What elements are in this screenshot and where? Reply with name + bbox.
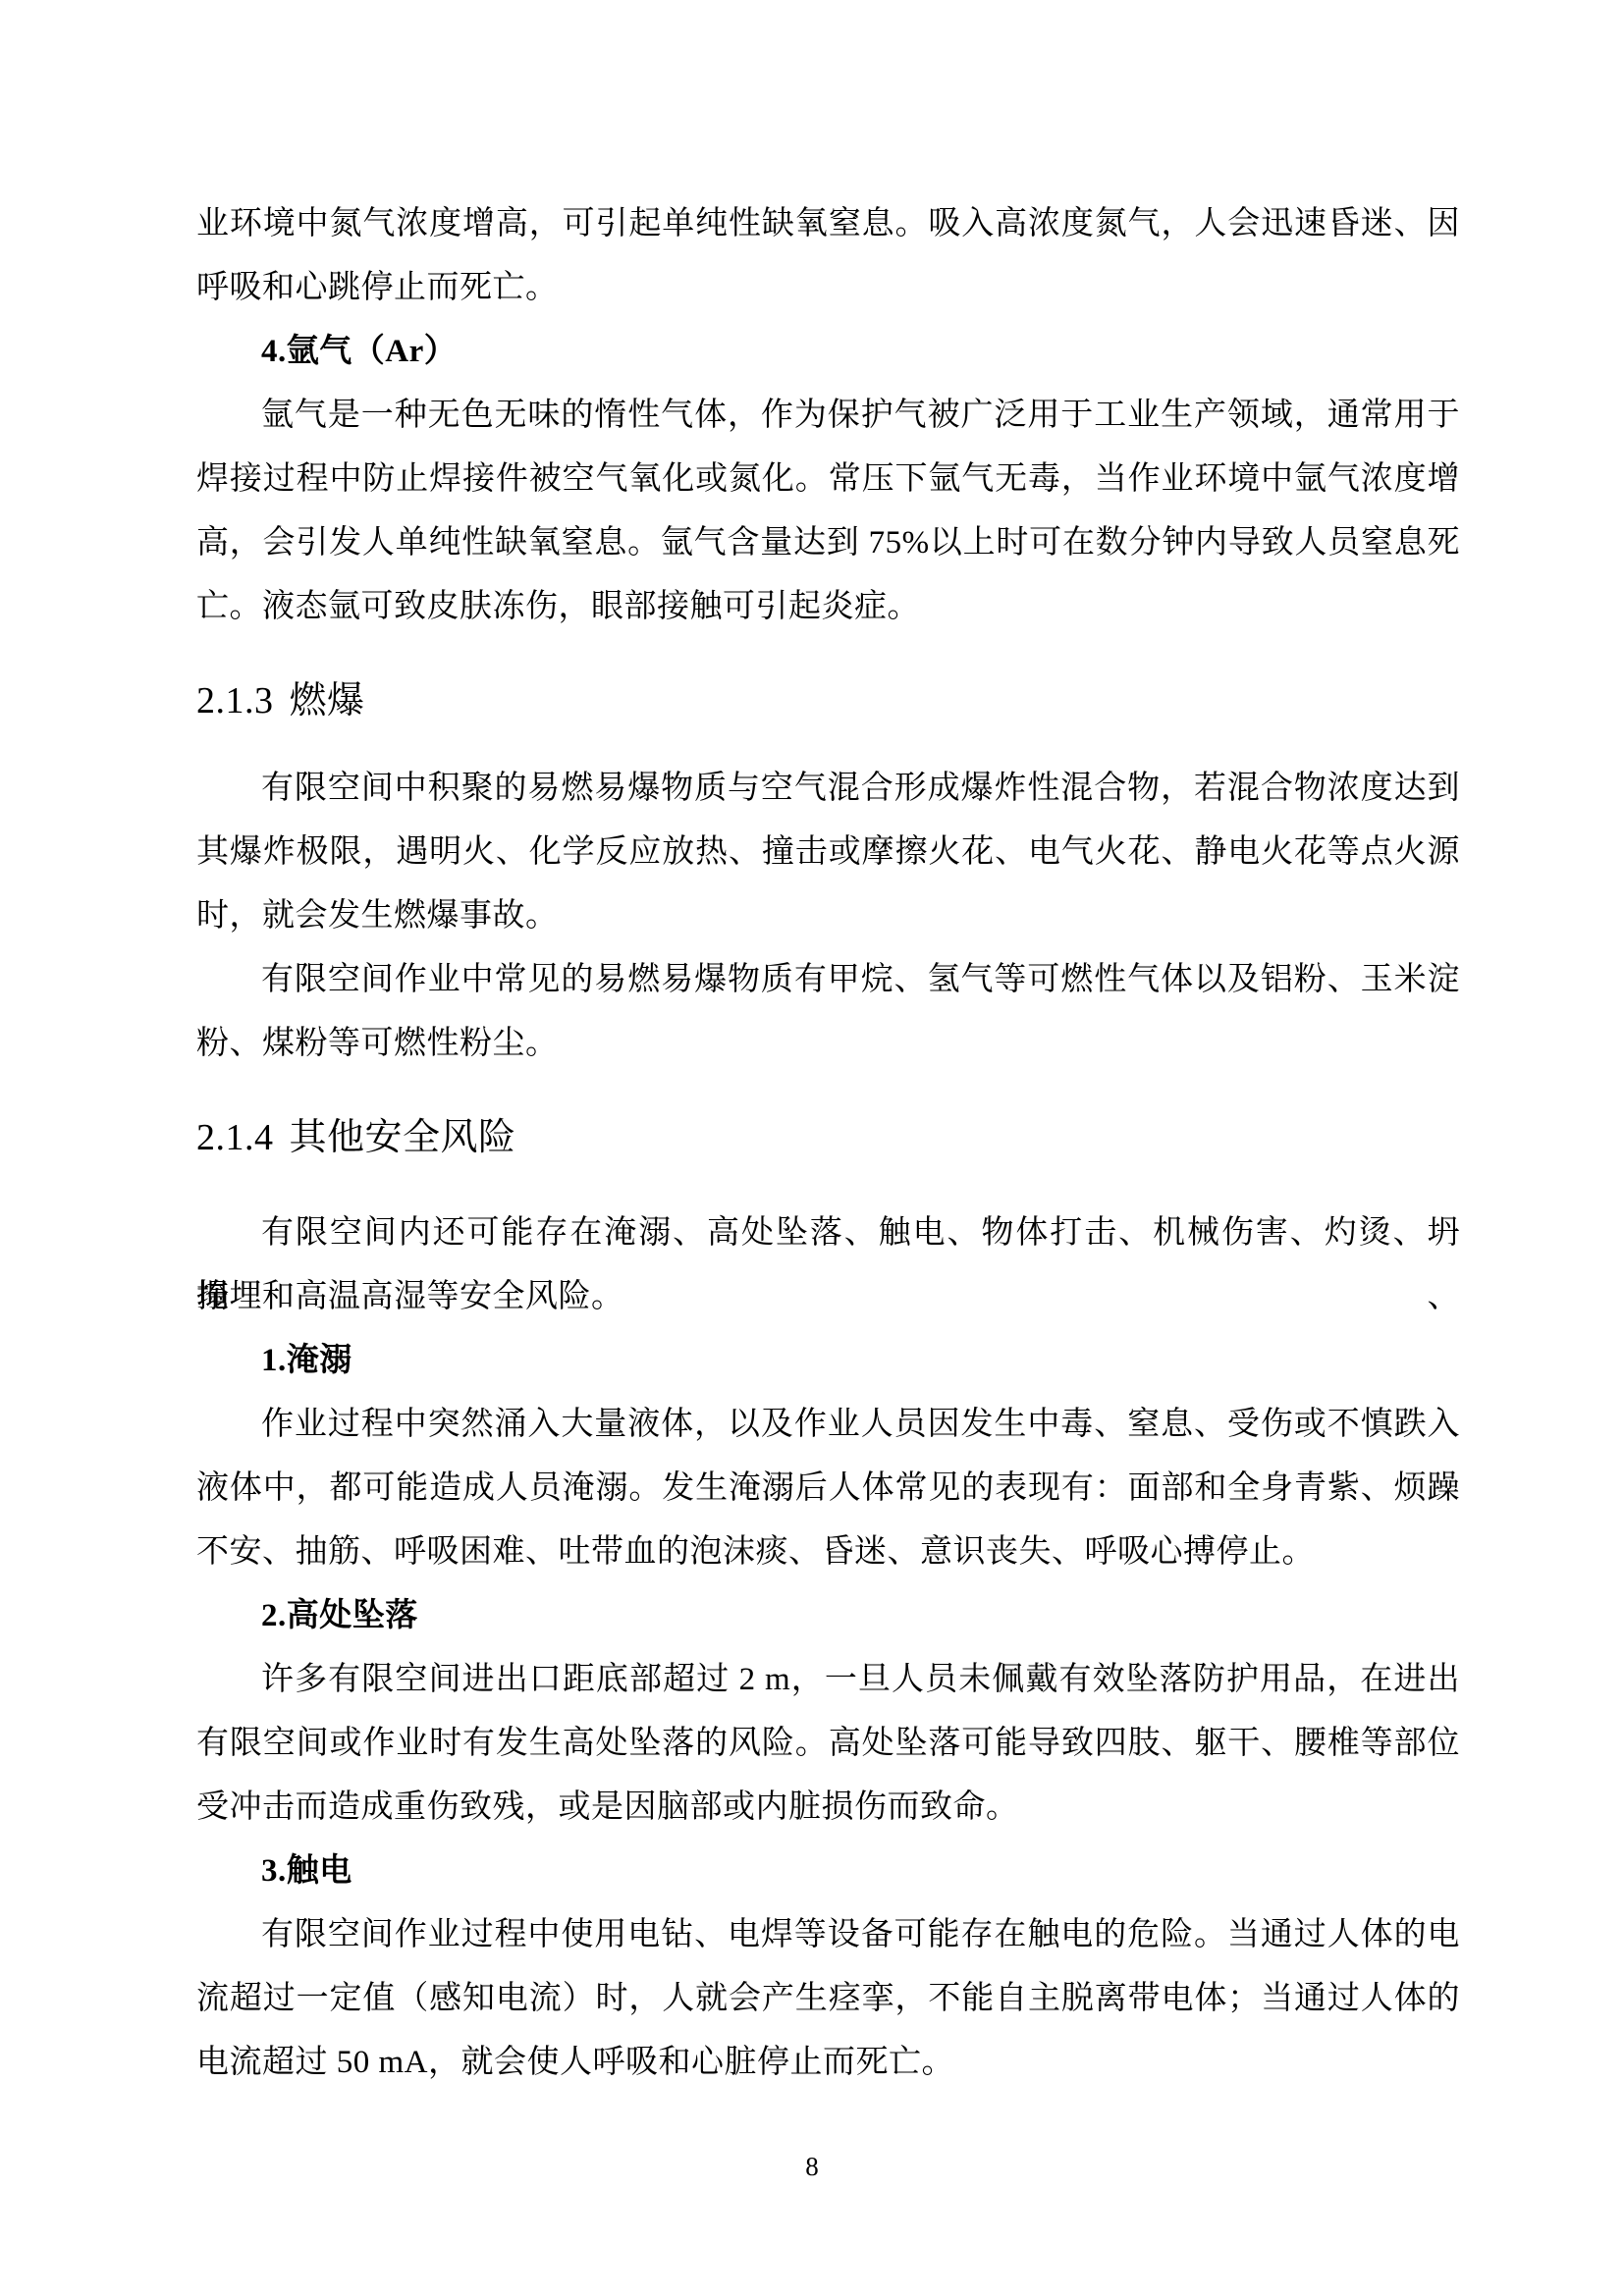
document-page: 业环境中氮气浓度增高，可引起单纯性缺氧窒息。吸入高浓度氮气，人会迅速昏迷、因 呼… xyxy=(0,0,1624,2296)
section-heading-2-1-4: 2.1.4其他安全风险 xyxy=(196,1103,1460,1172)
body-line: 呼吸和心跳停止而死亡。 xyxy=(196,256,1460,320)
body-line: 电流超过 50 mA，就会使人呼吸和心脏停止而死亡。 xyxy=(196,2031,1460,2095)
body-line: 受冲击而造成重伤致残，或是因脑部或内脏损伤而致命。 xyxy=(196,1776,1460,1840)
text-column: 业环境中氮气浓度增高，可引起单纯性缺氧窒息。吸入高浓度氮气，人会迅速昏迷、因 呼… xyxy=(196,192,1460,2095)
body-line: 有限空间中积聚的易燃易爆物质与空气混合形成爆炸性混合物，若混合物浓度达到 xyxy=(196,757,1460,821)
section-title: 其他安全风险 xyxy=(290,1117,516,1158)
body-line: 时，就会发生燃爆事故。 xyxy=(196,884,1460,948)
body-line: 氩气是一种无色无味的惰性气体，作为保护气被广泛用于工业生产领域，通常用于 xyxy=(196,384,1460,448)
body-line: 流超过一定值（感知电流）时，人就会产生痉挛，不能自主脱离带电体；当通过人体的 xyxy=(196,1967,1460,2031)
body-line: 许多有限空间进出口距底部超过 2 m，一旦人员未佩戴有效坠落防护用品，在进出 xyxy=(196,1648,1460,1712)
body-line: 其爆炸极限，遇明火、化学反应放热、撞击或摩擦火花、电气火花、静电火花等点火源 xyxy=(196,821,1460,884)
page-number: 8 xyxy=(0,2152,1624,2181)
body-line: 亡。液态氩可致皮肤冻伤，眼部接触可引起炎症。 xyxy=(196,575,1460,639)
section-number: 2.1.4 xyxy=(196,1117,274,1158)
body-line: 液体中，都可能造成人员淹溺。发生淹溺后人体常见的表现有：面部和全身青紫、烦躁 xyxy=(196,1457,1460,1521)
body-line: 粉、煤粉等可燃性粉尘。 xyxy=(196,1012,1460,1076)
body-line: 不安、抽筋、呼吸困难、吐带血的泡沫痰、昏迷、意识丧失、呼吸心搏停止。 xyxy=(196,1521,1460,1584)
body-line: 业环境中氮气浓度增高，可引起单纯性缺氧窒息。吸入高浓度氮气，人会迅速昏迷、因 xyxy=(196,192,1460,256)
body-line: 焊接过程中防止焊接件被空气氧化或氮化。常压下氩气无毒，当作业环境中氩气浓度增 xyxy=(196,448,1460,511)
subsection-heading-falls: 2.高处坠落 xyxy=(196,1584,1460,1648)
subsection-heading-argon: 4.氩气（Ar） xyxy=(196,320,1460,384)
section-title: 燃爆 xyxy=(290,680,365,721)
body-line: 有限空间作业过程中使用电钻、电焊等设备可能存在触电的危险。当通过人体的电 xyxy=(196,1903,1460,1967)
body-line: 作业过程中突然涌入大量液体，以及作业人员因发生中毒、窒息、受伤或不慎跌入 xyxy=(196,1393,1460,1457)
section-heading-2-1-3: 2.1.3燃爆 xyxy=(196,667,1460,735)
section-number: 2.1.3 xyxy=(196,680,274,721)
subsection-heading-electric: 3.触电 xyxy=(196,1840,1460,1903)
subsection-heading-drowning: 1.淹溺 xyxy=(196,1329,1460,1393)
body-line: 有限空间或作业时有发生高处坠落的风险。高处坠落可能导致四肢、躯干、腰椎等部位 xyxy=(196,1712,1460,1776)
body-line: 高，会引发人单纯性缺氧窒息。氩气含量达到 75%以上时可在数分钟内导致人员窒息死 xyxy=(196,511,1460,575)
body-line: 有限空间作业中常见的易燃易爆物质有甲烷、氢气等可燃性气体以及铝粉、玉米淀 xyxy=(196,948,1460,1012)
body-line: 有限空间内还可能存在淹溺、高处坠落、触电、物体打击、机械伤害、灼烫、坍塌、 xyxy=(196,1201,1460,1265)
